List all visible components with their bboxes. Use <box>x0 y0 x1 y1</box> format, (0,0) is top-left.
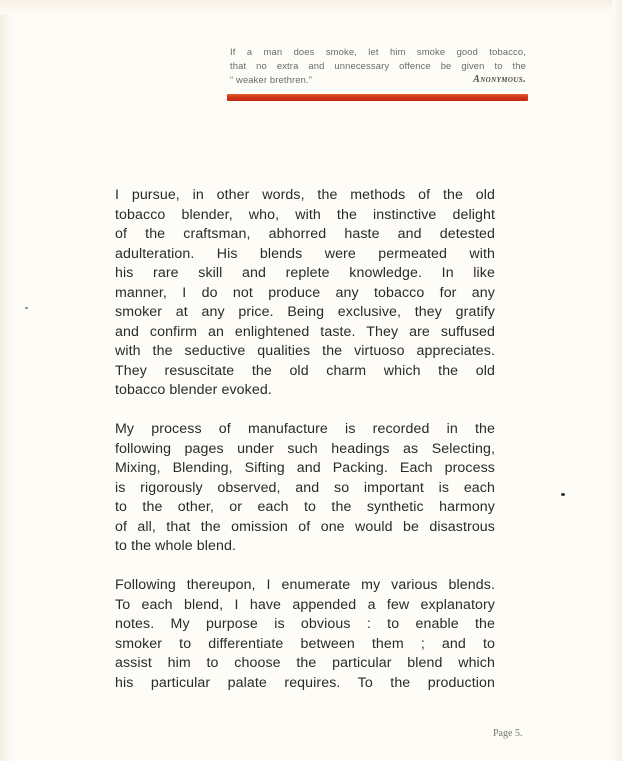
body-text: I pursue, in other words, the methods of… <box>115 186 495 713</box>
paper-speck <box>25 307 28 309</box>
text-line: with the seductive qualities the virtuos… <box>115 342 495 362</box>
text-line: following pages under such headings as S… <box>115 440 495 460</box>
red-rule-divider <box>227 94 528 101</box>
text-line: to the whole blend. <box>115 537 495 557</box>
page-edge-left <box>0 0 14 761</box>
epigraph-line: “ weaker brethren.” <box>230 73 312 87</box>
epigraph: If a man does smoke, let him smoke good … <box>230 45 526 87</box>
text-line: smoker at any price. Being exclusive, th… <box>115 303 495 323</box>
text-line: tobacco blender evoked. <box>115 381 495 401</box>
text-line: smoker to differentiate between them ; a… <box>115 635 495 655</box>
paragraph-2: My process of manufacture is recorded in… <box>115 420 495 557</box>
text-line: and confirm an enlightened taste. They a… <box>115 323 495 343</box>
text-line: They resuscitate the old charm which the… <box>115 362 495 382</box>
text-line: of all, that the omission of one would b… <box>115 518 495 538</box>
text-line: assist him to choose the particular blen… <box>115 654 495 674</box>
text-line: his particular palate requires. To the p… <box>115 674 495 694</box>
text-line: tobacco blender, who, with the instincti… <box>115 206 495 226</box>
text-line: manner, I do not produce any tobacco for… <box>115 284 495 304</box>
text-line: I pursue, in other words, the methods of… <box>115 186 495 206</box>
page-number: Page 5. <box>493 728 522 739</box>
text-line: Following thereupon, I enumerate my vari… <box>115 576 495 596</box>
text-line: My process of manufacture is recorded in… <box>115 420 495 440</box>
text-line: is rigorously observed, and so important… <box>115 479 495 499</box>
epigraph-line: that no extra and unnecessary offence be… <box>230 59 526 73</box>
paragraph-1: I pursue, in other words, the methods of… <box>115 186 495 401</box>
text-line: notes. My purpose is obvious : to enable… <box>115 615 495 635</box>
page-edge-top <box>0 0 622 14</box>
text-line: to the other, or each to the synthetic h… <box>115 498 495 518</box>
text-line: adulteration. His blends were permeated … <box>115 245 495 265</box>
text-line: of the craftsman, abhorred haste and det… <box>115 225 495 245</box>
paragraph-3: Following thereupon, I enumerate my vari… <box>115 576 495 693</box>
paper-speck <box>561 493 565 496</box>
text-line: his rare skill and replete knowledge. In… <box>115 264 495 284</box>
epigraph-line: If a man does smoke, let him smoke good … <box>230 45 526 59</box>
page-edge-right <box>612 0 622 761</box>
text-line: Mixing, Blending, Sifting and Packing. E… <box>115 459 495 479</box>
text-line: To each blend, I have appended a few exp… <box>115 596 495 616</box>
epigraph-attribution: Anonymous. <box>473 73 526 87</box>
epigraph-last-line: “ weaker brethren.” Anonymous. <box>230 73 526 87</box>
